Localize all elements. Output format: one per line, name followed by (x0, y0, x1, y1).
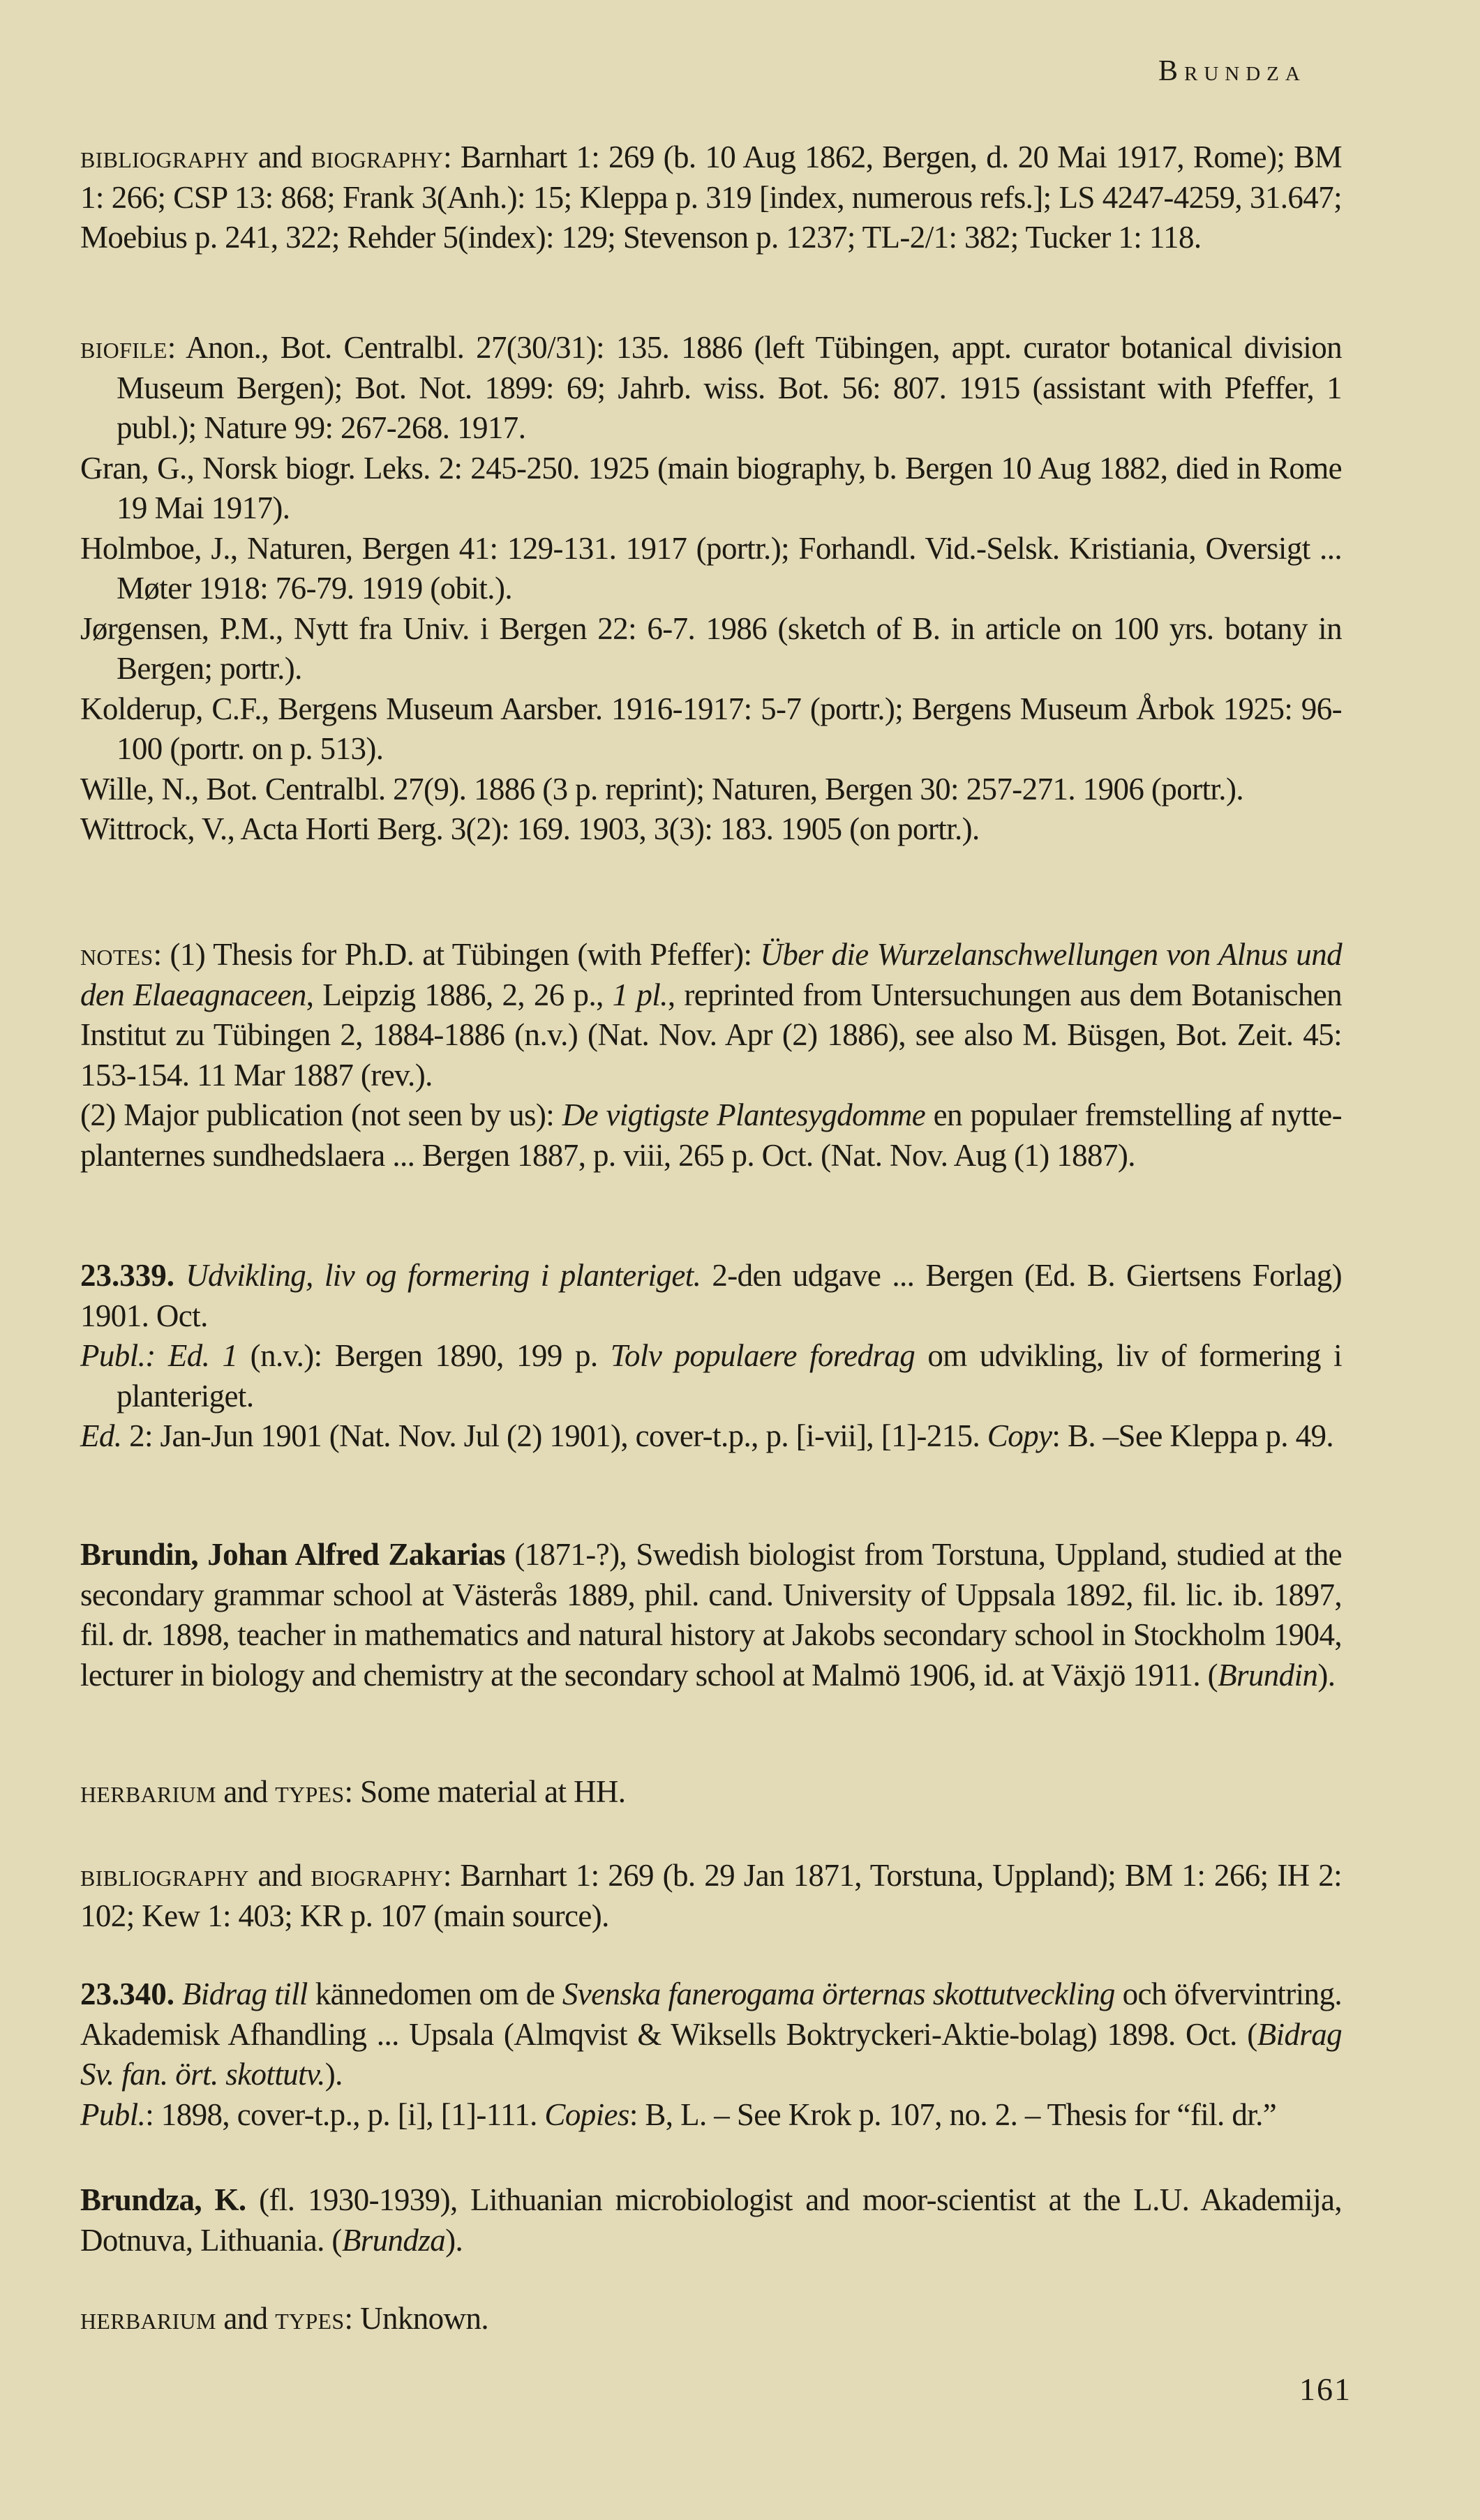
section-label: types (275, 2301, 344, 2336)
section-label: herbarium (80, 2301, 216, 2336)
author-name: Brundza, K. (80, 2182, 246, 2217)
page-number: 161 (1299, 2371, 1352, 2408)
entry-number: 23.340. (80, 1977, 174, 2011)
biofile-section: biofile: Anon., Bot. Centralbl. 27(30/31… (80, 328, 1342, 850)
section-label: biography (311, 140, 443, 174)
running-head: Brundza (1158, 54, 1306, 88)
note-2: (2) Major publication (not seen by us): … (80, 1095, 1342, 1176)
section-label: biofile (80, 330, 167, 365)
publication-ed2: Ed. 2: Jan-Jun 1901 (Nat. Nov. Jul (2) 1… (80, 1416, 1342, 1457)
author-entry-brundin: Brundin, Johan Alfred Zakarias (1871-?),… (80, 1535, 1342, 1695)
biofile-entry: Jørgensen, P.M., Nytt fra Univ. i Bergen… (80, 609, 1342, 689)
entry-23-339: 23.339. Udvikling, liv og formering i pl… (80, 1256, 1342, 1457)
biofile-entry: Wittrock, V., Acta Horti Berg. 3(2): 169… (80, 809, 1342, 850)
author-name: Brundin, Johan Alfred Zakarias (80, 1537, 505, 1572)
entry-title: 23.339. Udvikling, liv og formering i pl… (80, 1256, 1342, 1336)
biofile-entry: Kolderup, C.F., Bergens Museum Aarsber. … (80, 689, 1342, 770)
publication-ed1: Publ.: Ed. 1 (n.v.): Bergen 1890, 199 p.… (80, 1336, 1342, 1416)
herbarium-section: herbarium and types: Unknown. (80, 2299, 1342, 2339)
section-label: biography (311, 1858, 442, 1893)
section-label: herbarium (80, 1774, 216, 1809)
notes-section: notes: (1) Thesis for Ph.D. at Tübingen … (80, 935, 1342, 1176)
section-label: bibliography (80, 1858, 249, 1893)
bibliography-section: bibliography and biography: Barnhart 1: … (80, 137, 1342, 258)
note-1: notes: (1) Thesis for Ph.D. at Tübingen … (80, 935, 1342, 1095)
biofile-entry: Wille, N., Bot. Centralbl. 27(9). 1886 (… (80, 770, 1342, 810)
biofile-entry: biofile: Anon., Bot. Centralbl. 27(30/31… (80, 328, 1342, 449)
entry-23-340: 23.340. Bidrag till kännedomen om de Sve… (80, 1974, 1342, 2135)
herbarium-section: herbarium and types: Some material at HH… (80, 1772, 1342, 1813)
author-bio: Brundza, K. (fl. 1930-1939), Lithuanian … (80, 2180, 1342, 2260)
entry-number: 23.339. (80, 1258, 174, 1293)
bibliography-section: bibliography and biography: Barnhart 1: … (80, 1856, 1342, 1936)
biofile-entry: Gran, G., Norsk biogr. Leks. 2: 245-250.… (80, 449, 1342, 529)
entry-title: 23.340. Bidrag till kännedomen om de Sve… (80, 1974, 1342, 2095)
section-label: notes (80, 937, 154, 972)
biofile-entry: Holmboe, J., Naturen, Bergen 41: 129-131… (80, 529, 1342, 609)
section-label: types (275, 1774, 344, 1809)
work-title: Udvikling, liv og formering i planterige… (186, 1258, 701, 1293)
author-bio: Brundin, Johan Alfred Zakarias (1871-?),… (80, 1535, 1342, 1695)
section-label: bibliography (80, 140, 249, 174)
bibliography-paragraph: bibliography and biography: Barnhart 1: … (80, 137, 1342, 258)
author-entry-brundza: Brundza, K. (fl. 1930-1939), Lithuanian … (80, 2180, 1342, 2260)
publication: Publ.: 1898, cover-t.p., p. [i], [1]-111… (80, 2095, 1342, 2136)
